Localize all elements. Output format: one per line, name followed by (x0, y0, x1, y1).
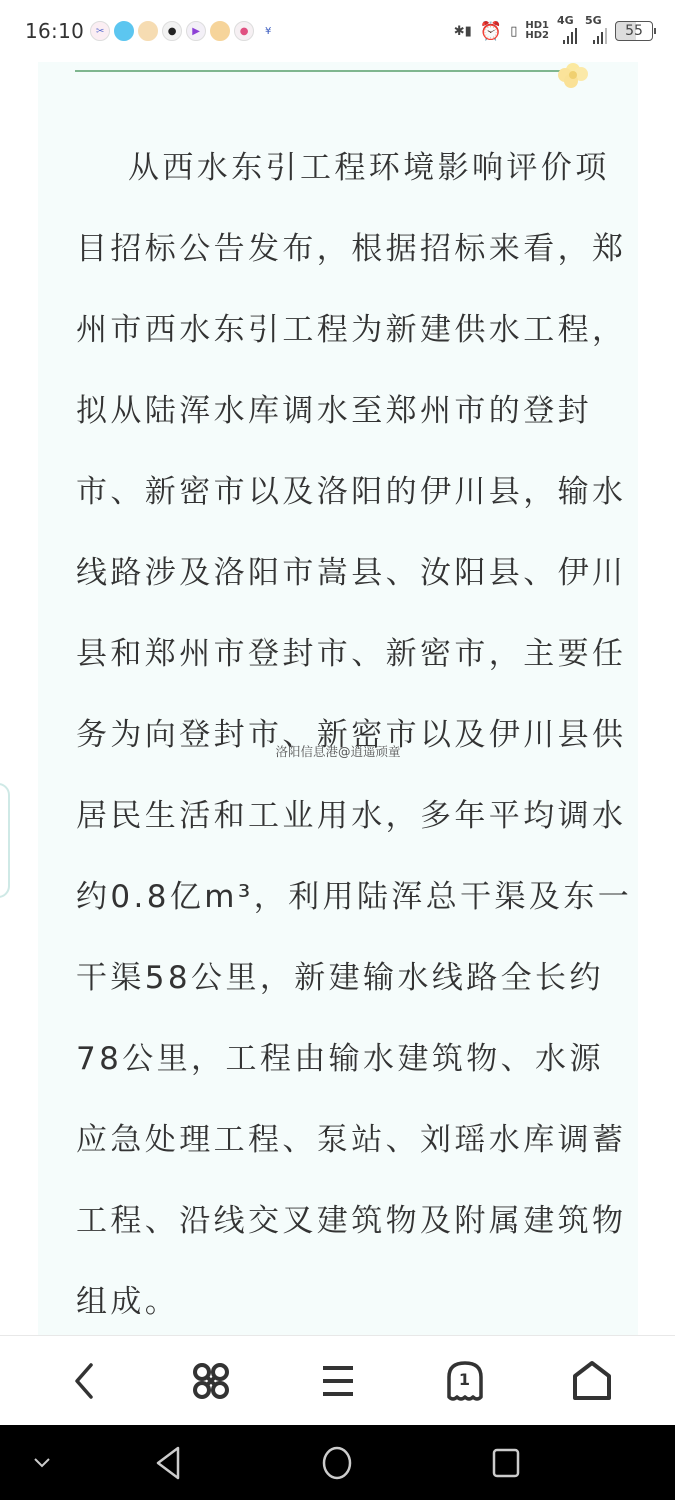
article-container: 从西水东引工程环境影响评价项 目招标公告发布，根据招标来看，郑 州市西水东引工程… (38, 62, 638, 1335)
square-recents-icon (492, 1447, 520, 1479)
app-notification-icon: ● (234, 21, 254, 41)
back-icon (69, 1361, 99, 1401)
status-bar: 16:10 ✂ ● ▶ ● ¥ ✱▮ ⏰ ▯ HD1HD2 4G 5G 55 (0, 0, 675, 62)
article-line: 组成。 (76, 1262, 598, 1343)
article-body: 从西水东引工程环境影响评价项 目招标公告发布，根据招标来看，郑 州市西水东引工程… (76, 128, 598, 1343)
decorative-divider (75, 70, 585, 72)
triangle-back-icon (154, 1446, 182, 1480)
system-status-icons: ✱▮ ⏰ ▯ HD1HD2 4G 5G 55 (454, 18, 653, 44)
article-line: 工程、沿线交叉建筑物及附属建筑物 (76, 1181, 598, 1262)
status-time: 16:10 (25, 19, 84, 43)
alarm-icon: ⏰ (480, 21, 502, 42)
app-notification-icon: ¥ (258, 21, 278, 41)
article-line: 市、新密市以及洛阳的伊川县，输水 (76, 452, 598, 533)
back-button[interactable] (54, 1351, 114, 1411)
collapse-nav-button[interactable] (22, 1443, 62, 1483)
article-line: 州市西水东引工程为新建供水工程， (76, 290, 598, 371)
qq-icon: ● (162, 21, 182, 41)
app-notification-icon: ▶ (186, 21, 206, 41)
system-recents-button[interactable] (486, 1443, 526, 1483)
app-notification-icon (114, 21, 134, 41)
image-watermark: 洛阳信息港@逍遥顽童 (38, 742, 638, 760)
app-notification-icon: ✂ (90, 21, 110, 41)
article-line: 居民生活和工业用水，多年平均调水 (76, 776, 598, 857)
flower-icon (556, 60, 590, 90)
article-line: 78公里，工程由输水建筑物、水源 (76, 1019, 598, 1100)
article-line: 县和郑州市登封市、新密市，主要任 (76, 614, 598, 695)
bluetooth-icon: ✱▮ (454, 24, 472, 39)
article-line: 干渠58公里，新建输水线路全长约 (76, 938, 598, 1019)
notification-icons: ✂ ● ▶ ● ¥ (90, 21, 278, 41)
home-button[interactable] (562, 1351, 622, 1411)
tabs-button[interactable]: 1 (435, 1351, 495, 1411)
vibrate-icon: ▯ (510, 24, 517, 39)
apps-icon (191, 1361, 231, 1401)
signal-5g-icon: 5G (585, 18, 607, 44)
menu-button[interactable] (308, 1351, 368, 1411)
article-line: 应急处理工程、泵站、刘瑶水库调蓄 (76, 1100, 598, 1181)
article-line: 务为向登封市、新密市以及伊川县供 (76, 695, 598, 776)
home-icon (572, 1360, 612, 1402)
circle-home-icon (321, 1446, 353, 1480)
system-home-button[interactable] (317, 1443, 357, 1483)
menu-icon (320, 1363, 356, 1399)
app-notification-icon (210, 21, 230, 41)
system-back-button[interactable] (148, 1443, 188, 1483)
article-line: 拟从陆浑水库调水至郑州市的登封 (76, 371, 598, 452)
tab-count: 1 (435, 1370, 495, 1389)
app-notification-icon (138, 21, 158, 41)
article-line: 线路涉及洛阳市嵩县、汝阳县、伊川 (76, 533, 598, 614)
browser-toolbar: 1 (0, 1335, 675, 1425)
battery-indicator: 55 (615, 21, 653, 41)
article-line: 从西水东引工程环境影响评价项 (76, 128, 598, 209)
article-line: 约0.8亿m³，利用陆浑总干渠及东一 (76, 857, 598, 938)
article-line: 目招标公告发布，根据招标来看，郑 (76, 209, 598, 290)
signal-4g-icon: 4G (557, 18, 577, 44)
hd-icon: HD1HD2 (525, 21, 549, 41)
apps-button[interactable] (181, 1351, 241, 1411)
chevron-down-icon (32, 1456, 52, 1470)
floating-side-tab[interactable] (0, 783, 10, 898)
system-navigation-bar (0, 1425, 675, 1500)
